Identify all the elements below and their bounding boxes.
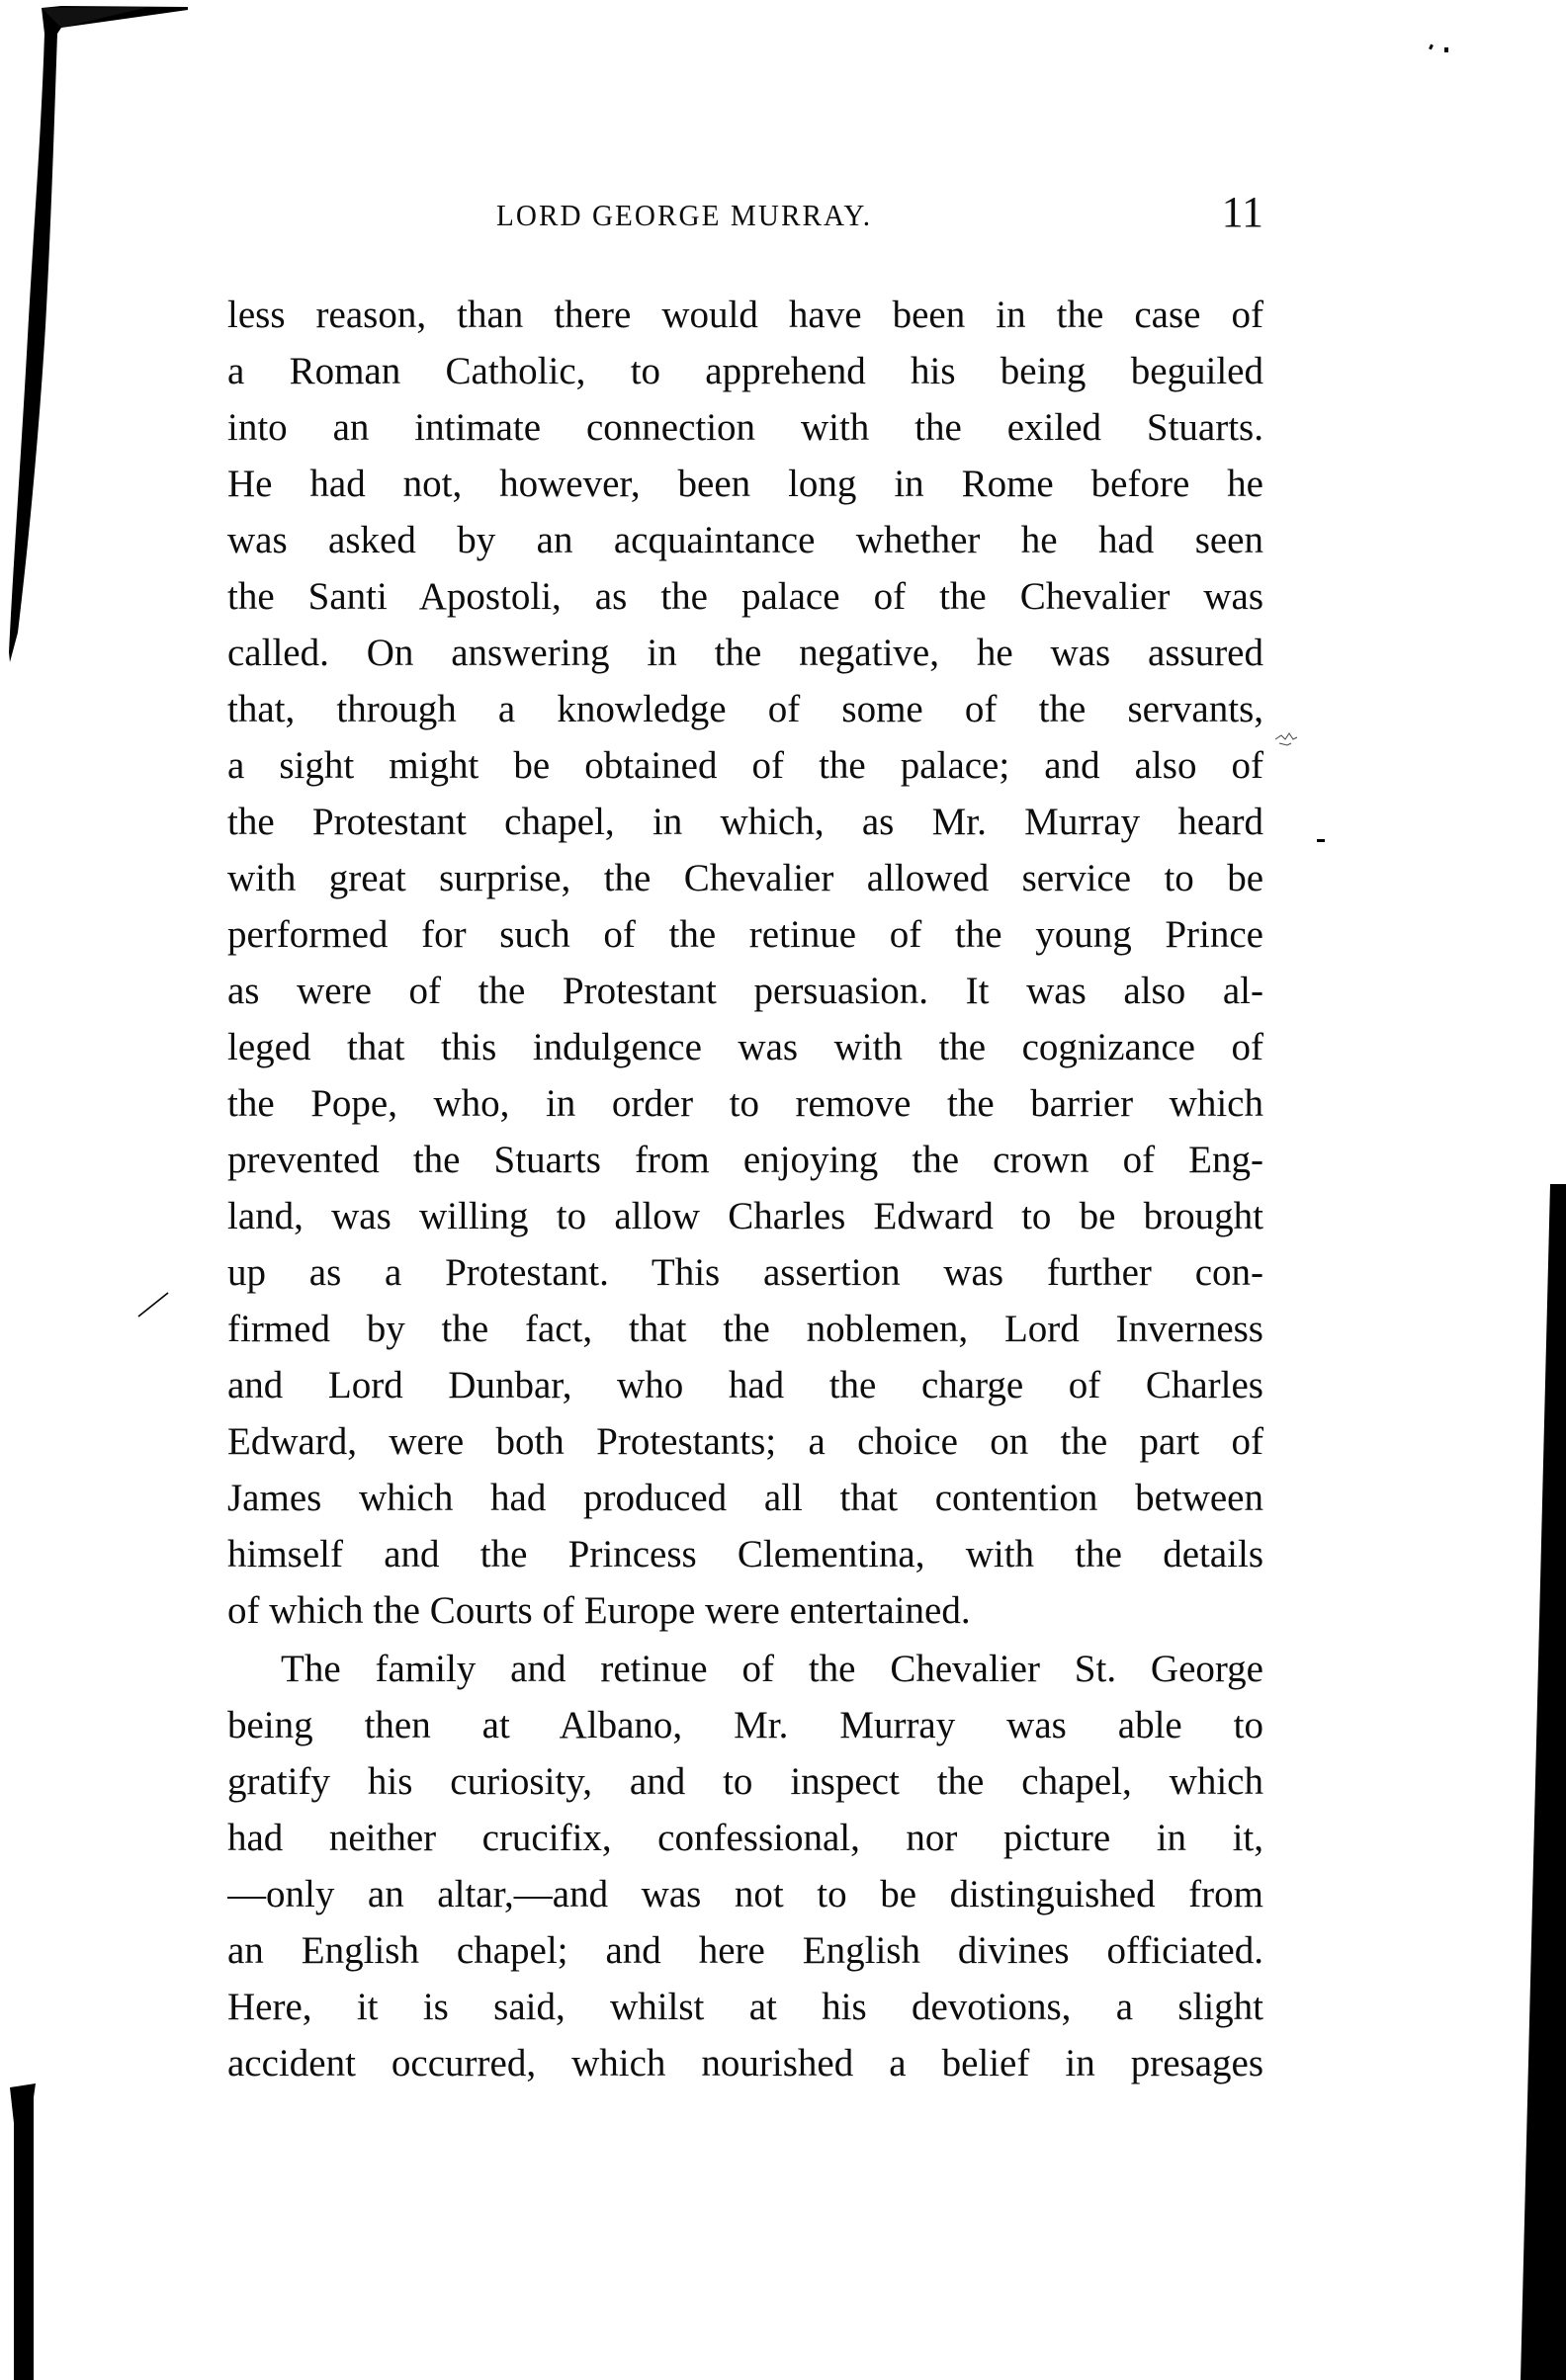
margin-slash-mark: [136, 1291, 176, 1320]
margin-dash-mark: [1317, 839, 1325, 842]
right-page-edge-shadow: [1513, 1184, 1566, 2380]
text-line: gratify his curiosity, and to inspect th…: [227, 1753, 1263, 1811]
text-line: Edward, were both Protestants; a choice …: [227, 1413, 1263, 1471]
text-line: prevented the Stuarts from enjoying the …: [227, 1132, 1263, 1189]
text-line: the Pope, who, in order to remove the ba…: [227, 1075, 1263, 1133]
text-line: that, through a knowledge of some of the…: [227, 681, 1263, 738]
paragraph-start-line: The family and retinue of the Chevalier …: [281, 1641, 1263, 1698]
text-line: land, was willing to allow Charles Edwar…: [227, 1188, 1263, 1245]
text-line: Here, it is said, whilst at his devotion…: [227, 1979, 1263, 2036]
text-line: called. On answering in the negative, he…: [227, 625, 1263, 682]
text-line: James which had produced all that conten…: [227, 1470, 1263, 1527]
top-right-speck: [1429, 44, 1434, 50]
margin-smudge-mark: [1273, 729, 1313, 759]
text-line: He had not, however, been long in Rome b…: [227, 456, 1263, 513]
running-title: LORD GEORGE MURRAY.: [496, 194, 872, 237]
text-line: a Roman Catholic, to apprehend his being…: [227, 343, 1263, 400]
text-line: and Lord Dunbar, who had the charge of C…: [227, 1357, 1263, 1414]
text-line: himself and the Princess Clementina, wit…: [227, 1526, 1263, 1583]
text-line: —only an altar,—and was not to be distin…: [227, 1866, 1263, 1923]
text-line: less reason, than there would have been …: [227, 287, 1263, 344]
text-line: of which the Courts of Europe were enter…: [227, 1582, 1263, 1640]
left-page-edge-shadow: [0, 0, 198, 692]
text-line: accident occurred, which nourished a bel…: [227, 2035, 1263, 2092]
book-page: LORD GEORGE MURRAY. 11 less reason, than…: [0, 0, 1566, 2380]
text-line: leged that this indulgence was with the …: [227, 1019, 1263, 1076]
text-line: with great surprise, the Chevalier allow…: [227, 850, 1263, 907]
bottom-left-edge-shadow: [8, 2083, 47, 2380]
text-line: a sight might be obtained of the palace;…: [227, 737, 1263, 795]
text-line: into an intimate connection with the exi…: [227, 399, 1263, 457]
text-line: firmed by the fact, that the noblemen, L…: [227, 1301, 1263, 1358]
top-right-speck: [1444, 47, 1448, 52]
text-line: was asked by an acquaintance whether he …: [227, 512, 1263, 569]
text-line: the Santi Apostoli, as the palace of the…: [227, 568, 1263, 626]
running-header: LORD GEORGE MURRAY. 11: [496, 194, 1263, 237]
text-line: as were of the Protestant persuasion. It…: [227, 963, 1263, 1020]
text-line: the Protestant chapel, in which, as Mr. …: [227, 794, 1263, 851]
text-line: being then at Albano, Mr. Murray was abl…: [227, 1697, 1263, 1754]
text-line: an English chapel; and here English divi…: [227, 1922, 1263, 1980]
text-line: performed for such of the retinue of the…: [227, 906, 1263, 964]
text-line: up as a Protestant. This assertion was f…: [227, 1244, 1263, 1302]
text-line: had neither crucifix, confessional, nor …: [227, 1810, 1263, 1867]
page-number: 11: [1222, 188, 1263, 237]
